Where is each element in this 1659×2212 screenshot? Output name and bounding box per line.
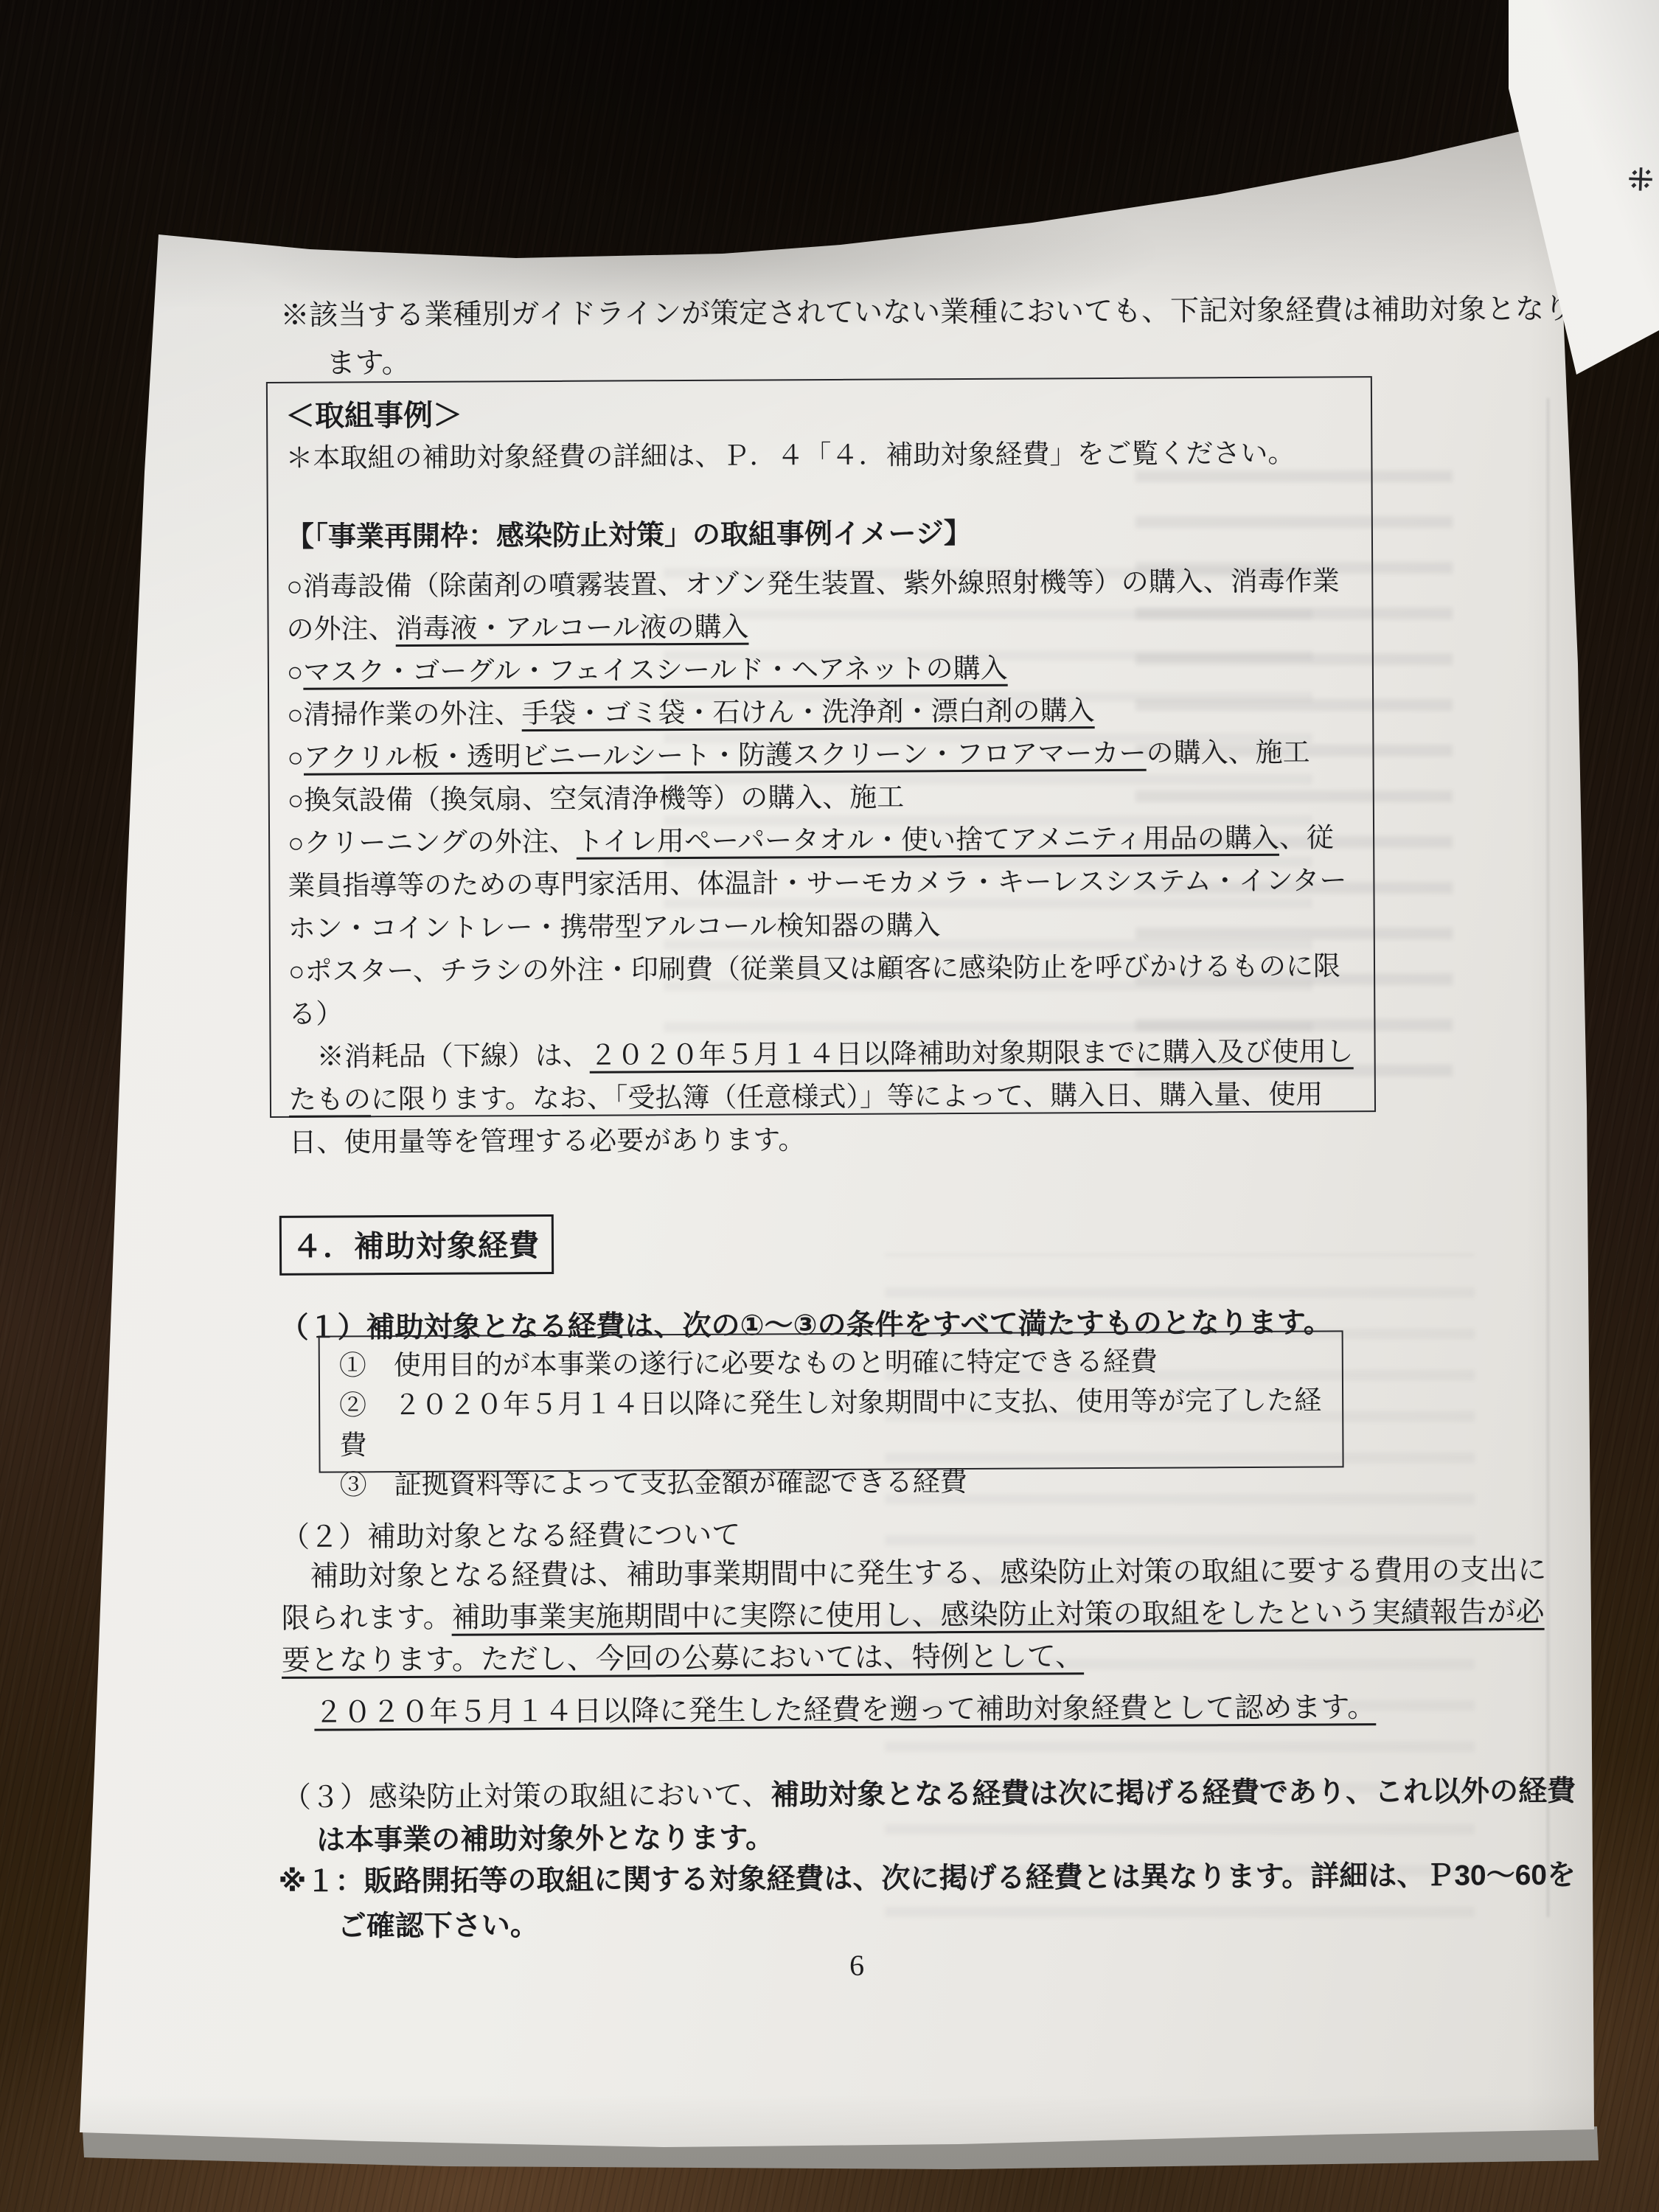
- expense-example-item: ○アクリル板・透明ビニールシート・防護スクリーン・フロアマーカーの購入、施工: [287, 731, 1357, 780]
- section4-title: ４．補助対象経費: [292, 1228, 540, 1264]
- section4-title-box: ４．補助対象経費: [279, 1214, 554, 1276]
- condition-row: ② ２０２０年５月１４日以降に発生し対象期間中に支払、使用等が完了した経費: [339, 1381, 1343, 1466]
- expense-example-item: ○換気設備（換気扇、空気清浄機等）の購入、施工: [288, 774, 1358, 823]
- expense-example-item: ○マスク・ゴーグル・フェイスシールド・ヘアネットの購入: [287, 646, 1357, 695]
- item2-continuation: ２０２０年５月１４日以降に発生した経費を遡って補助対象経費として認めます。: [314, 1684, 1376, 1731]
- page-content: ※該当する業種別ガイドラインが策定されていない業種においても、下記対象経費は補助…: [0, 0, 1659, 2212]
- expense-example-item: ○消毒設備（除菌剤の噴霧装置、オゾン発生装置、紫外線照射機等）の購入、消毒作業の…: [286, 560, 1357, 652]
- expense-example-item: ○クリーニングの外注、トイレ用ペーパータオル・使い捨てアメニティ用品の購入、従業…: [288, 817, 1359, 951]
- example-box-heading: 【「事業再開枠：感染防止対策」の取組事例イメージ】: [286, 510, 1357, 559]
- example-box-subnote: ＊本取組の補助対象経費の詳細は、Ｐ．４「４．補助対象経費」をご覧ください。: [285, 432, 1356, 481]
- expense-example-item: ○ポスター、チラシの外注・印刷費（従業員又は顧客に感染防止を呼びかけるものに限る…: [288, 945, 1360, 1037]
- footnote-1: ※１：販路開拓等の取組に関する対象経費は、次に掲げる経費とは異なります。詳細は、…: [278, 1853, 1591, 1950]
- photo-scene: ※該当する業種別ガイドラインが策定されていない業種においても、下記対象経費は補助…: [0, 0, 1659, 2212]
- consumable-note: ※消耗品（下線）は、２０２０年５月１４日以降補助対象期限までに購入及び使用したも…: [288, 1031, 1360, 1165]
- example-box: ＜取組事例＞ ＊本取組の補助対象経費の詳細は、Ｐ．４「４．補助対象経費」をご覧く…: [266, 376, 1376, 1118]
- top-note-text: ※該当する業種別ガイドラインが策定されていない業種においても、下記対象経費は補助…: [280, 293, 1573, 380]
- expense-example-list: ○消毒設備（除菌剤の噴霧装置、オゾン発生装置、紫外線照射機等）の購入、消毒作業の…: [286, 560, 1359, 1037]
- top-note: ※該当する業種別ガイドラインが策定されていない業種においても、下記対象経費は補助…: [280, 285, 1580, 388]
- item2-heading: （２）補助対象となる経費について: [281, 1512, 741, 1556]
- item3: （３）感染防止対策の取組において、補助対象となる経費は次に掲げる経費であり、これ…: [282, 1770, 1578, 1863]
- item2-body: 補助対象となる経費は、補助事業期間中に発生する、感染防止対策の取組に要する費用の…: [281, 1549, 1548, 1682]
- condition-row: ① 使用目的が本事業の遂行に必要なものと明確に特定できる経費: [339, 1341, 1342, 1386]
- document-page: ※該当する業種別ガイドラインが策定されていない業種においても、下記対象経費は補助…: [0, 0, 1659, 2212]
- conditions-box: ① 使用目的が本事業の遂行に必要なものと明確に特定できる経費 ② ２０２０年５月…: [319, 1330, 1344, 1472]
- example-box-title: ＜取組事例＞: [285, 389, 1356, 438]
- expense-example-item: ○清掃作業の外注、手袋・ゴミ袋・石けん・洗浄剤・漂白剤の購入: [287, 689, 1357, 737]
- page-number: 6: [849, 1948, 864, 1983]
- condition-row: ③ 証拠資料等によって支払金額が確認できる経費: [340, 1461, 1343, 1506]
